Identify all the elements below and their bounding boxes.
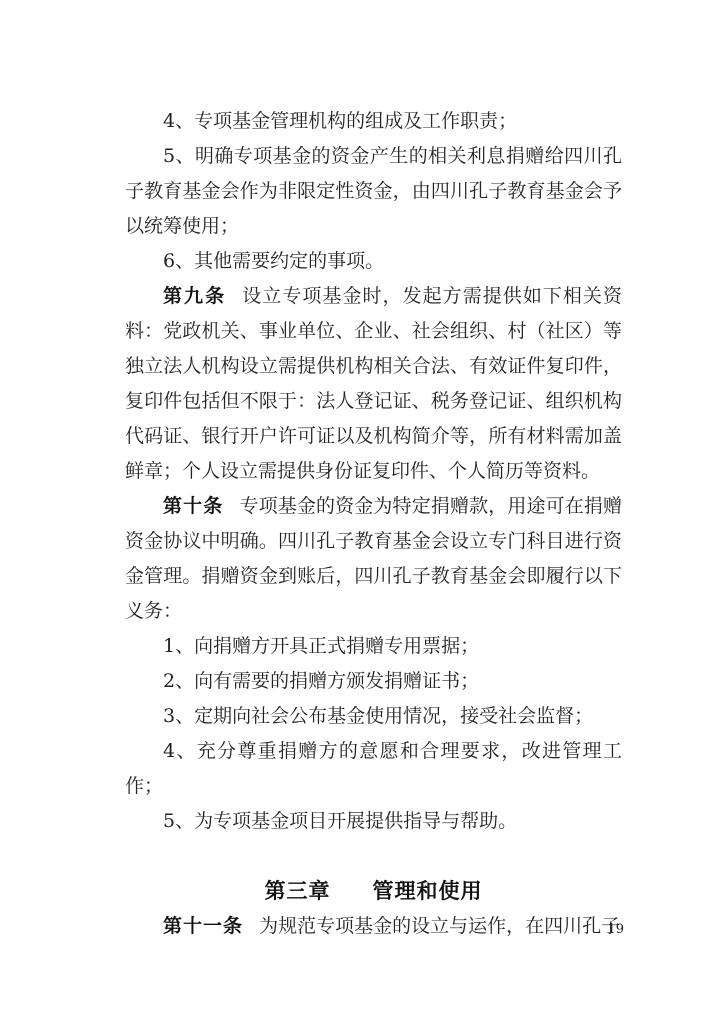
page-number: 19 xyxy=(607,922,624,938)
list-item-4: 4、专项基金管理机构的组成及工作职责； xyxy=(125,104,622,139)
obligation-item-4: 4、充分尊重捐赠方的意愿和合理要求，改进管理工作； xyxy=(125,734,622,804)
chapter-3-label: 第三章 xyxy=(265,879,331,903)
list-item-6-text: 6、其他需要约定的事项。 xyxy=(163,250,384,272)
article-9-label: 第九条 xyxy=(163,285,226,307)
document-page: 4、专项基金管理机构的组成及工作职责； 5、明确专项基金的资金产生的相关利息捐赠… xyxy=(0,0,720,1018)
chapter-3-heading: 第三章管理和使用 xyxy=(125,874,622,909)
list-item-4-text: 4、专项基金管理机构的组成及工作职责； xyxy=(163,110,517,132)
list-item-5-text: 5、明确专项基金的资金产生的相关利息捐赠给四川孔子教育基金会作为非限定性资金，由… xyxy=(125,145,622,237)
article-11-paragraph: 第十一条为规范专项基金的设立与运作，在四川孔子 xyxy=(125,909,622,944)
obligation-item-5: 5、为专项基金项目开展提供指导与帮助。 xyxy=(125,804,622,839)
article-10-label: 第十条 xyxy=(163,495,223,517)
obligation-item-3: 3、定期向社会公布基金使用情况，接受社会监督； xyxy=(125,699,622,734)
obligation-item-5-text: 5、为专项基金项目开展提供指导与帮助。 xyxy=(163,810,517,832)
obligation-item-3-text: 3、定期向社会公布基金使用情况，接受社会监督； xyxy=(163,705,593,727)
chapter-3-title: 管理和使用 xyxy=(373,879,483,903)
article-11-label: 第十一条 xyxy=(163,915,243,937)
obligation-item-1-text: 1、向捐赠方开具正式捐赠专用票据； xyxy=(163,635,479,657)
obligation-item-2-text: 2、向有需要的捐赠方颁发捐赠证书； xyxy=(163,670,479,692)
obligation-item-2: 2、向有需要的捐赠方颁发捐赠证书； xyxy=(125,664,622,699)
article-9-paragraph: 第九条设立专项基金时，发起方需提供如下相关资料：党政机关、事业单位、企业、社会组… xyxy=(125,279,622,489)
list-item-6: 6、其他需要约定的事项。 xyxy=(125,244,622,279)
obligation-item-4-text: 4、充分尊重捐赠方的意愿和合理要求，改进管理工作； xyxy=(125,740,622,797)
obligation-item-1: 1、向捐赠方开具正式捐赠专用票据； xyxy=(125,629,622,664)
document-text-block: 4、专项基金管理机构的组成及工作职责； 5、明确专项基金的资金产生的相关利息捐赠… xyxy=(125,104,622,944)
article-11-body: 为规范专项基金的设立与运作，在四川孔子 xyxy=(259,915,620,937)
article-10-paragraph: 第十条专项基金的资金为特定捐赠款，用途可在捐赠资金协议中明确。四川孔子教育基金会… xyxy=(125,489,622,629)
article-9-body: 设立专项基金时，发起方需提供如下相关资料：党政机关、事业单位、企业、社会组织、村… xyxy=(125,285,622,482)
list-item-5: 5、明确专项基金的资金产生的相关利息捐赠给四川孔子教育基金会作为非限定性资金，由… xyxy=(125,139,622,244)
